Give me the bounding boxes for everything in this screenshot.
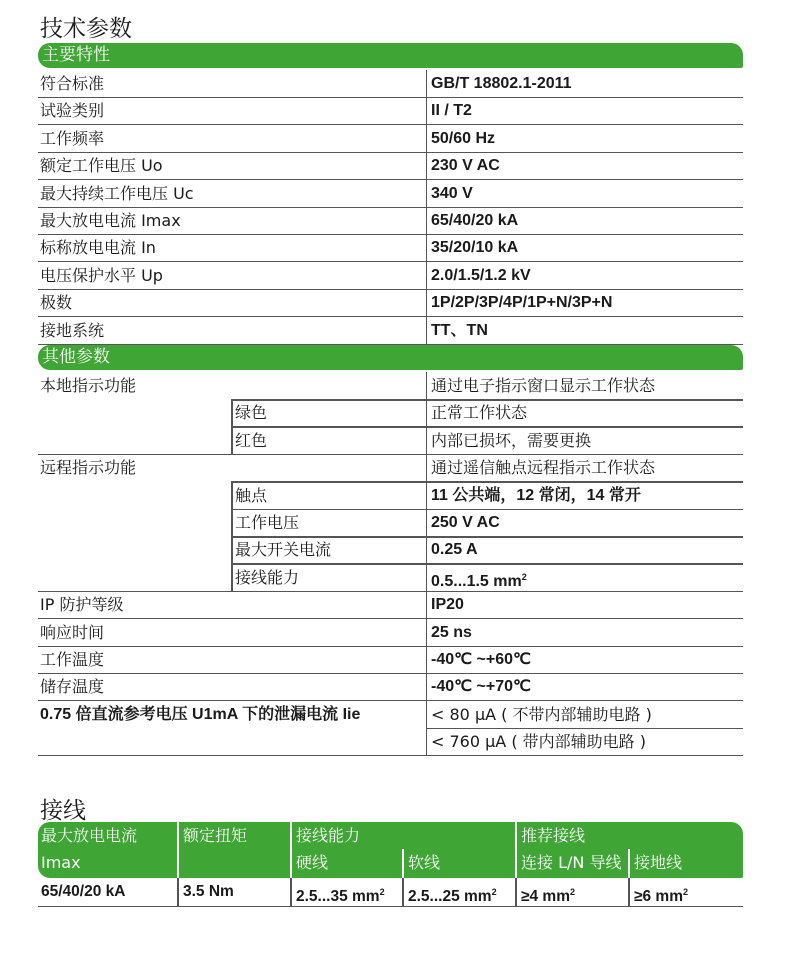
divider (515, 878, 517, 906)
divider (628, 878, 630, 906)
section-main-label: 主要特性 (38, 45, 110, 65)
column-divider (231, 536, 233, 563)
header-imax-sub: Imax (38, 849, 81, 876)
spec-row: 触点11 公共端，12 常闭，14 常开 (38, 482, 743, 509)
spec-value: 0.25 A (426, 536, 743, 563)
divider (402, 878, 404, 906)
cell-ground: ≥6 mm2 (631, 878, 688, 906)
spec-row: 0.75 倍直流参考电压 U1mA 下的泄漏电流 Iie< 80 μA ( 不带… (38, 701, 743, 728)
spec-row: 最大放电电流 Imax65/40/20 kA (38, 207, 743, 235)
cell-soft: 2.5...25 mm2 (405, 878, 497, 906)
spec-sub-label: 红色 (235, 427, 267, 454)
spec-row: 极数1P/2P/3P/4P/1P+N/3P+N (38, 289, 743, 317)
spec-value: 2.0/1.5/1.2 kV (426, 262, 743, 289)
spec-row: 红色内部已损坏，需要更换 (38, 427, 743, 455)
spec-label: 标称放电电流 In (40, 234, 156, 261)
spec-value: 50/60 Hz (426, 125, 743, 152)
spec-label: 本地指示功能 (40, 372, 136, 399)
cell-ln: ≥4 mm2 (518, 878, 575, 906)
wiring-row: 65/40/20 kA 3.5 Nm 2.5...35 mm2 2.5...25… (38, 878, 743, 907)
spec-value: 250 V AC (426, 509, 743, 536)
section-main-header: 主要特性 (38, 43, 743, 68)
spec-label: 极数 (40, 289, 72, 316)
spec-value: 65/40/20 kA (426, 207, 743, 234)
spec-value: 340 V (426, 180, 743, 207)
spec-sub-label: 绿色 (235, 399, 267, 426)
column-divider (231, 509, 233, 536)
spec-sub-label: 最大开关电流 (235, 536, 331, 563)
divider (402, 849, 404, 878)
wiring-header: 最大放电电流 Imax 额定扭矩 接线能力 硬线 软线 推荐接线 连接 L/N … (38, 822, 743, 878)
section-other-label: 其他参数 (38, 347, 110, 367)
spec-row: 远程指示功能通过遥信触点远程指示工作状态 (38, 454, 743, 481)
spec-row: 响应时间25 ns (38, 619, 743, 647)
spec-title: 技术参数 (40, 10, 132, 43)
spec-row: 额定工作电压 Uo230 V AC (38, 152, 743, 180)
divider (628, 849, 630, 878)
spec-row: 工作温度-40℃ ~+60℃ (38, 646, 743, 674)
header-wire-capacity: 接线能力 (293, 822, 360, 849)
spec-value: -40℃ ~+60℃ (426, 646, 743, 673)
spec-row: 工作频率50/60 Hz (38, 125, 743, 153)
wiring-title: 接线 (40, 792, 86, 825)
spec-value: 25 ns (426, 619, 743, 646)
spec-label: 最大放电电流 Imax (40, 207, 181, 234)
section-other-header: 其他参数 (38, 345, 743, 370)
spec-row: IP 防护等级IP20 (38, 591, 743, 619)
spec-label: 远程指示功能 (40, 454, 136, 481)
header-imax: 最大放电电流 (38, 822, 137, 849)
header-hard-wire: 硬线 (293, 849, 328, 876)
divider (290, 822, 292, 878)
spec-value: 0.5...1.5 mm2 (426, 564, 743, 591)
spec-sub-label: 触点 (235, 482, 267, 509)
divider (177, 878, 179, 906)
spec-label: 0.75 倍直流参考电压 U1mA 下的泄漏电流 Iie (40, 701, 360, 728)
header-ground-wire: 接地线 (631, 849, 682, 876)
spec-value: 11 公共端，12 常闭，14 常开 (426, 482, 743, 509)
divider (177, 822, 179, 878)
spec-value: II / T2 (426, 97, 743, 124)
spec-label: IP 防护等级 (40, 591, 123, 618)
cell-imax: 65/40/20 kA (38, 878, 125, 906)
spec-row: < 760 μA ( 带内部辅助电路 ) (38, 728, 743, 756)
spec-value: -40℃ ~+70℃ (426, 673, 743, 700)
spec-row: 最大开关电流0.25 A (38, 536, 743, 563)
spec-value: TT、TN (426, 317, 743, 344)
spec-row: 标称放电电流 In35/20/10 kA (38, 234, 743, 262)
column-divider (231, 564, 233, 591)
spec-row: 试验类别II / T2 (38, 97, 743, 125)
header-recommended: 推荐接线 (518, 822, 585, 849)
spec-label: 工作频率 (40, 125, 104, 152)
spec-value: 1P/2P/3P/4P/1P+N/3P+N (426, 289, 743, 316)
spec-label: 额定工作电压 Uo (40, 152, 163, 179)
spec-value: 正常工作状态 (426, 399, 743, 426)
spec-row: 符合标准GB/T 18802.1-2011 (38, 70, 743, 98)
spec-value: 35/20/10 kA (426, 234, 743, 261)
divider (290, 878, 292, 906)
spec-value: < 80 μA ( 不带内部辅助电路 ) (426, 701, 743, 728)
spec-row: 接地系统TT、TN (38, 317, 743, 345)
spec-label: 试验类别 (40, 97, 104, 124)
spec-value: IP20 (426, 591, 743, 618)
spec-label: 储存温度 (40, 673, 104, 700)
spec-label: 最大持续工作电压 Uc (40, 180, 194, 207)
spec-sub-label: 接线能力 (235, 564, 299, 591)
column-divider (231, 399, 233, 426)
column-divider (231, 427, 233, 454)
spec-value: GB/T 18802.1-2011 (426, 70, 743, 97)
spec-label: 响应时间 (40, 619, 104, 646)
spec-label: 电压保护水平 Up (40, 262, 163, 289)
spec-value: 通过遥信触点远程指示工作状态 (426, 454, 743, 481)
spec-row: 本地指示功能通过电子指示窗口显示工作状态 (38, 372, 743, 399)
cell-torque: 3.5 Nm (180, 878, 234, 906)
header-soft-wire: 软线 (405, 849, 440, 876)
spec-row: 最大持续工作电压 Uc340 V (38, 180, 743, 208)
spec-value: 内部已损坏，需要更换 (426, 427, 743, 454)
spec-value: 通过电子指示窗口显示工作状态 (426, 372, 743, 399)
column-divider (231, 482, 233, 509)
spec-sub-label: 工作电压 (235, 509, 299, 536)
header-ln-wire: 连接 L/N 导线 (518, 849, 621, 876)
spec-row: 接线能力0.5...1.5 mm2 (38, 564, 743, 592)
spec-row: 电压保护水平 Up2.0/1.5/1.2 kV (38, 262, 743, 290)
spec-row: 工作电压250 V AC (38, 509, 743, 536)
spec-value: 230 V AC (426, 152, 743, 179)
cell-hard: 2.5...35 mm2 (293, 878, 385, 906)
divider (515, 822, 517, 878)
header-torque: 额定扭矩 (180, 822, 247, 849)
spec-label: 工作温度 (40, 646, 104, 673)
spec-label: 符合标准 (40, 70, 104, 97)
spec-label: 接地系统 (40, 317, 104, 344)
spec-row: 储存温度-40℃ ~+70℃ (38, 673, 743, 701)
spec-row: 绿色正常工作状态 (38, 399, 743, 426)
spec-value: < 760 μA ( 带内部辅助电路 ) (426, 728, 743, 755)
